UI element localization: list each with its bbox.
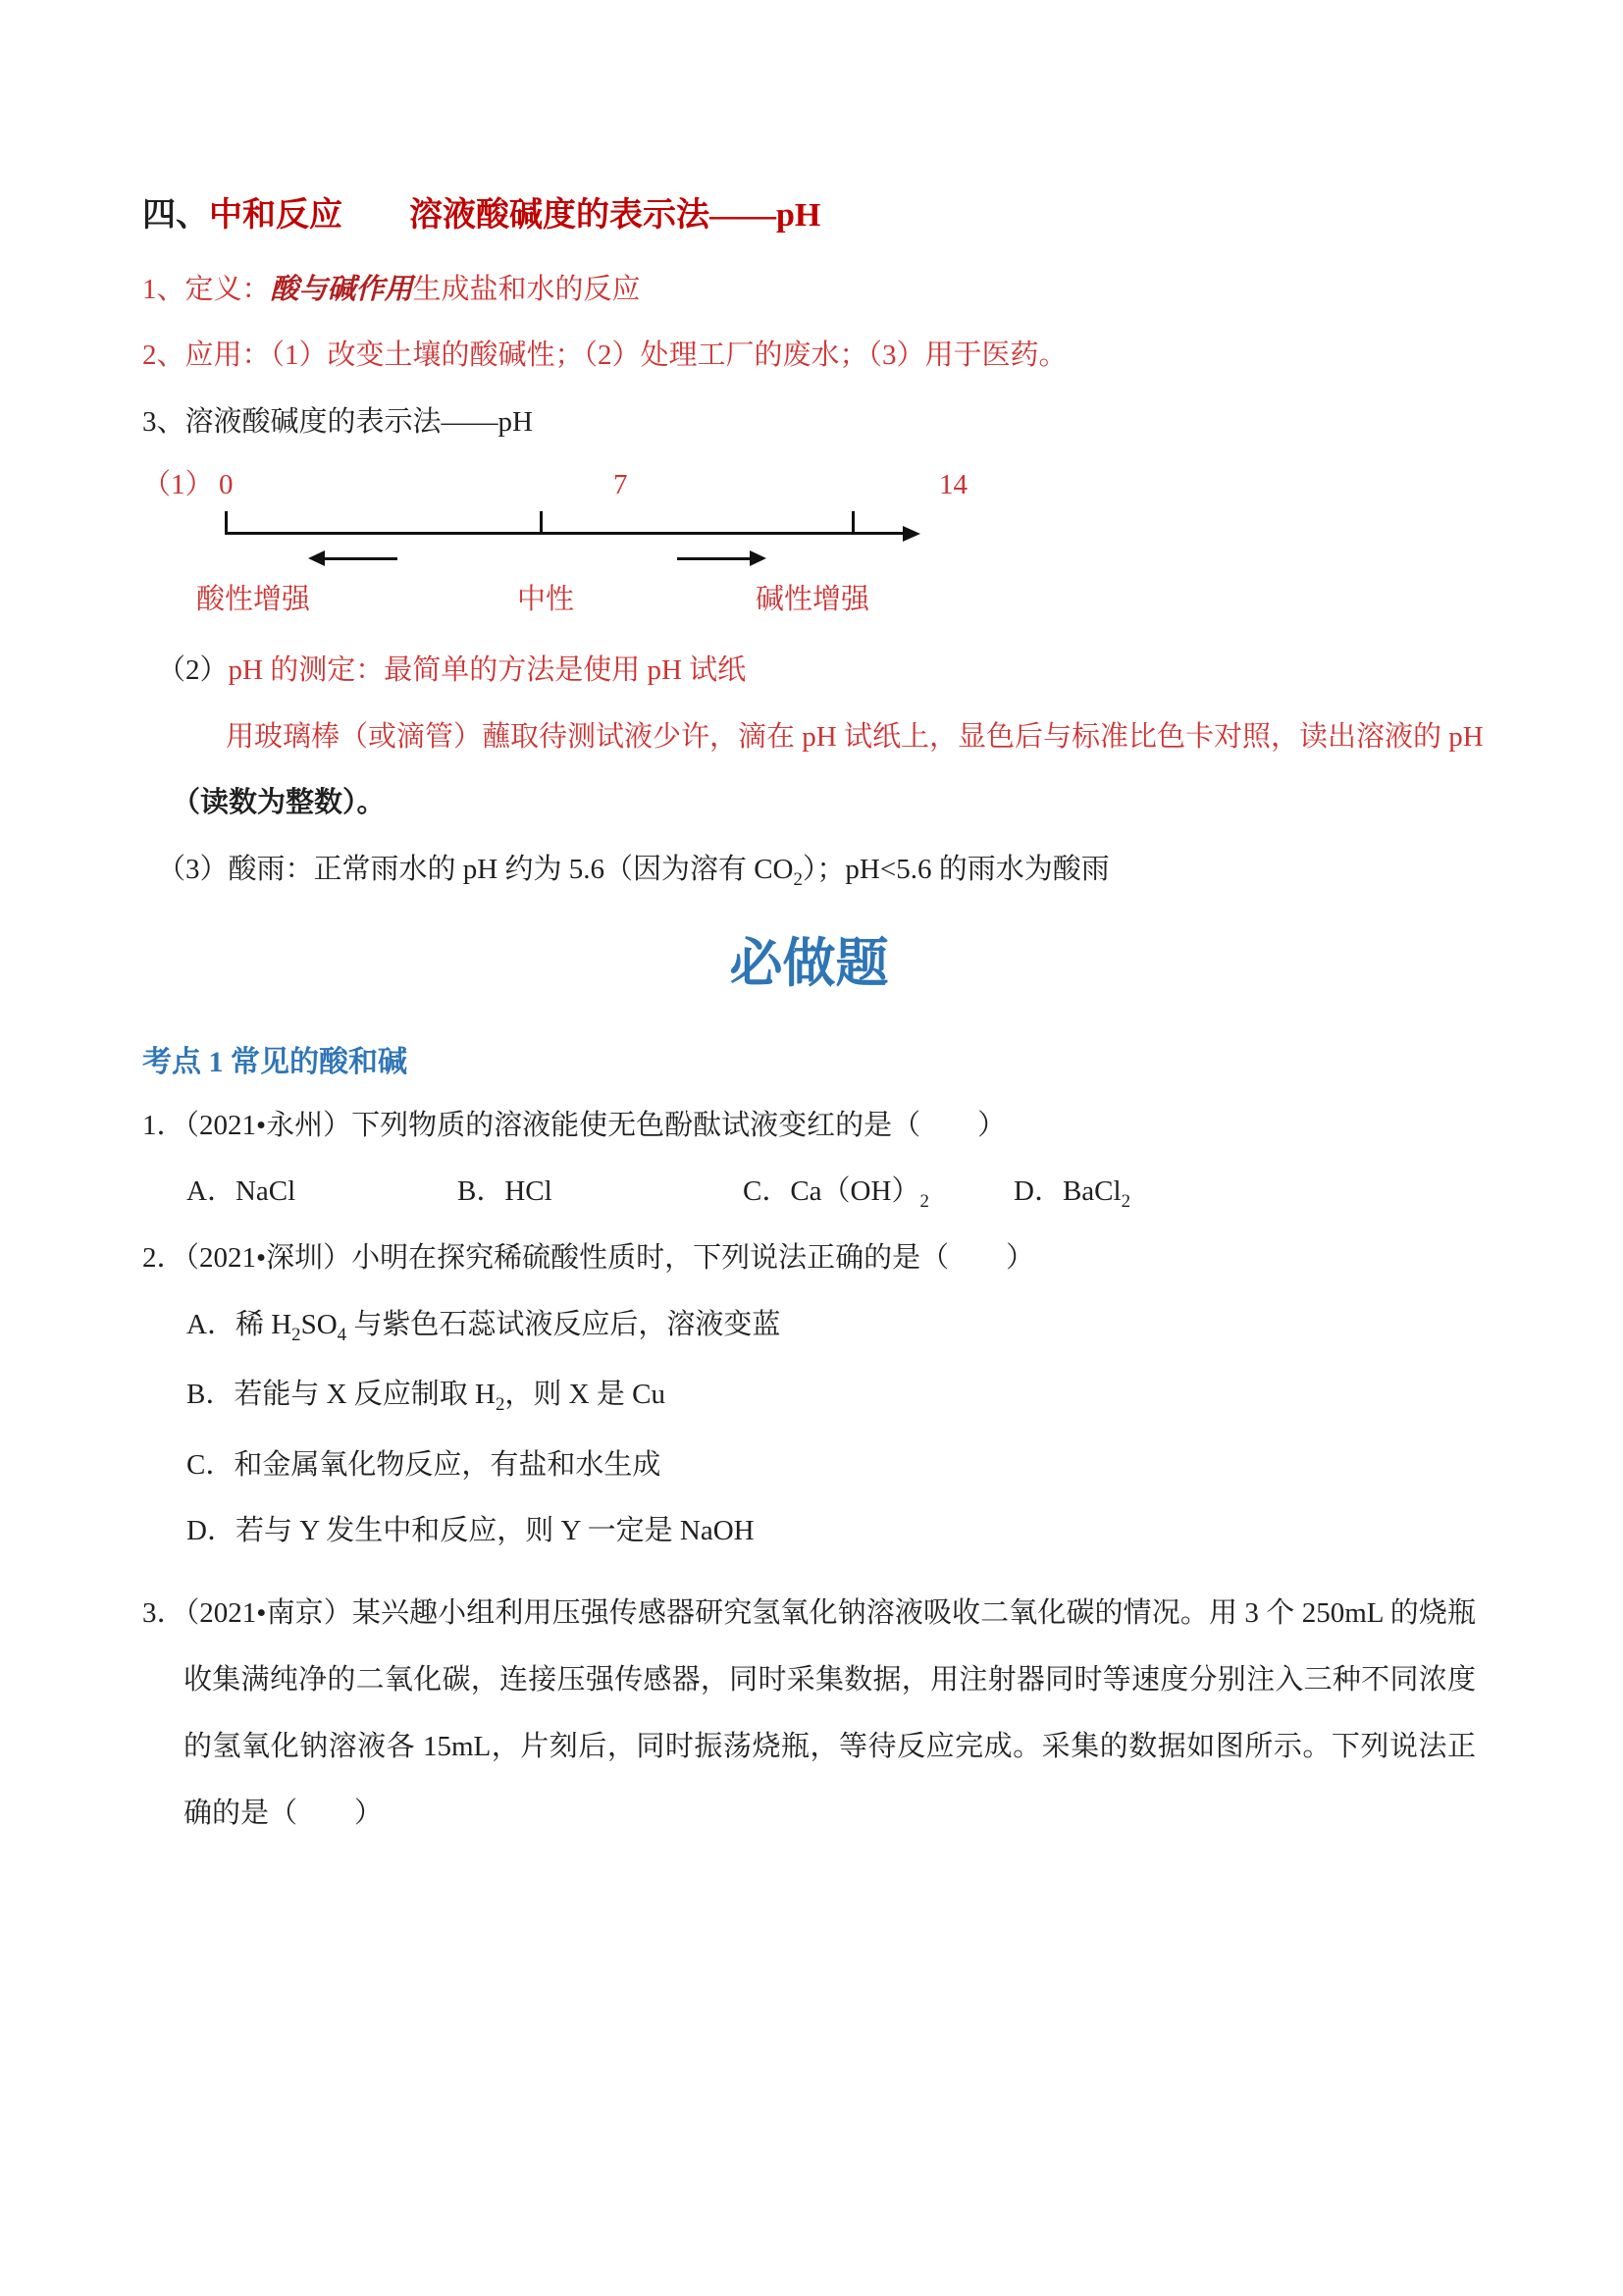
section-heading-title: 中和反应 溶液酸碱度的表示法——pH: [209, 197, 820, 234]
ph-scale-item-label: （1）: [142, 471, 214, 499]
note-ph-measurement-prefix: （2）: [157, 654, 229, 686]
ph-axis-tick-14: [852, 511, 855, 534]
question-1-option-b: B．HCl: [457, 1174, 552, 1211]
note-definition-rest: 生成盐和水的反应: [413, 274, 641, 305]
ph-tick-label-7: 7: [613, 471, 628, 499]
question-2-option-a: A．稀 H2SO4 与紫色石蕊试液反应后，溶液变蓝: [186, 1307, 1476, 1347]
note-definition-label: 1、定义：: [142, 274, 271, 305]
acid-direction-arrow-icon: [324, 557, 397, 560]
required-questions-heading: 必做题: [142, 931, 1476, 998]
zone-label-acid: 酸性增强: [196, 583, 310, 617]
note-ph-representation: 3、溶液酸碱度的表示法——pH: [142, 404, 1476, 442]
question-2-option-c: C．和金属氧化物反应，有盐和水生成: [186, 1447, 1476, 1485]
document-page: 四、中和反应 溶液酸碱度的表示法——pH 1、定义：酸与碱作用生成盐和水的反应 …: [0, 0, 1623, 2296]
section-heading: 四、中和反应 溶液酸碱度的表示法——pH: [142, 196, 1476, 236]
question-1-options: A．NaCl B．HCl C．Ca（OH）2 D．BaCl2: [186, 1174, 1476, 1211]
ph-axis-tick-0: [225, 511, 228, 534]
topic-heading: 考点 1 常见的酸和碱: [142, 1037, 1476, 1080]
question-1-option-d: D．BaCl2: [1014, 1174, 1130, 1214]
base-direction-arrow-icon: [677, 557, 751, 560]
ph-tick-label-0: 0: [219, 471, 234, 499]
note-ph-measurement-detail: 用玻璃棒（或滴管）蘸取待测试液少许，滴在 pH 试纸上，显色后与标准比色卡对照，…: [226, 719, 1476, 757]
ph-axis-tick-7: [540, 511, 543, 534]
question-2-option-d: D．若与 Y 发生中和反应，则 Y 一定是 NaOH: [186, 1513, 1476, 1550]
question-2-option-b: B．若能与 X 反应制取 H2，则 X 是 Cu: [186, 1377, 1476, 1417]
question-2-stem: 2．（2021•深圳）小明在探究稀硫酸性质时，下列说法正确的是（ ）: [142, 1240, 1476, 1278]
question-1-option-a: A．NaCl: [186, 1174, 295, 1211]
question-1-stem: 1．（2021•永州）下列物质的溶液能使无色酚酞试液变红的是（ ）: [142, 1108, 1476, 1145]
ph-tick-label-14: 14: [939, 471, 968, 499]
ph-axis-arrowhead-icon: [903, 526, 920, 542]
ph-axis-line: [225, 532, 903, 535]
note-ph-measurement-title: pH 的测定：最简单的方法是使用 pH 试纸: [229, 654, 747, 686]
note-acid-rain: （3）酸雨：正常雨水的 pH 约为 5.6（因为溶有 CO2）；pH<5.6 的…: [157, 852, 1476, 892]
note-ph-measurement: （2）pH 的测定：最简单的方法是使用 pH 试纸: [157, 652, 1476, 690]
ph-scale-diagram: （1） 0 7 14 酸性增强 中性 碱性增强: [142, 471, 1476, 628]
zone-label-neutral: 中性: [517, 583, 574, 617]
zone-label-base: 碱性增强: [756, 583, 869, 617]
note-ph-measurement-note: （读数为整数）。: [172, 785, 1476, 822]
note-definition-emphasis: 酸与碱作用: [271, 274, 413, 305]
note-definition: 1、定义：酸与碱作用生成盐和水的反应: [142, 272, 1476, 309]
section-heading-number: 四、: [142, 197, 209, 234]
question-3-stem: 3．（2021•南京）某兴趣小组利用压强传感器研究氢氧化钠溶液吸收二氧化碳的情况…: [142, 1580, 1476, 1847]
question-1-option-c: C．Ca（OH）2: [743, 1174, 929, 1214]
note-application: 2、应用：（1）改变土壤的酸碱性；（2）处理工厂的废水；（3）用于医药。: [142, 338, 1476, 375]
